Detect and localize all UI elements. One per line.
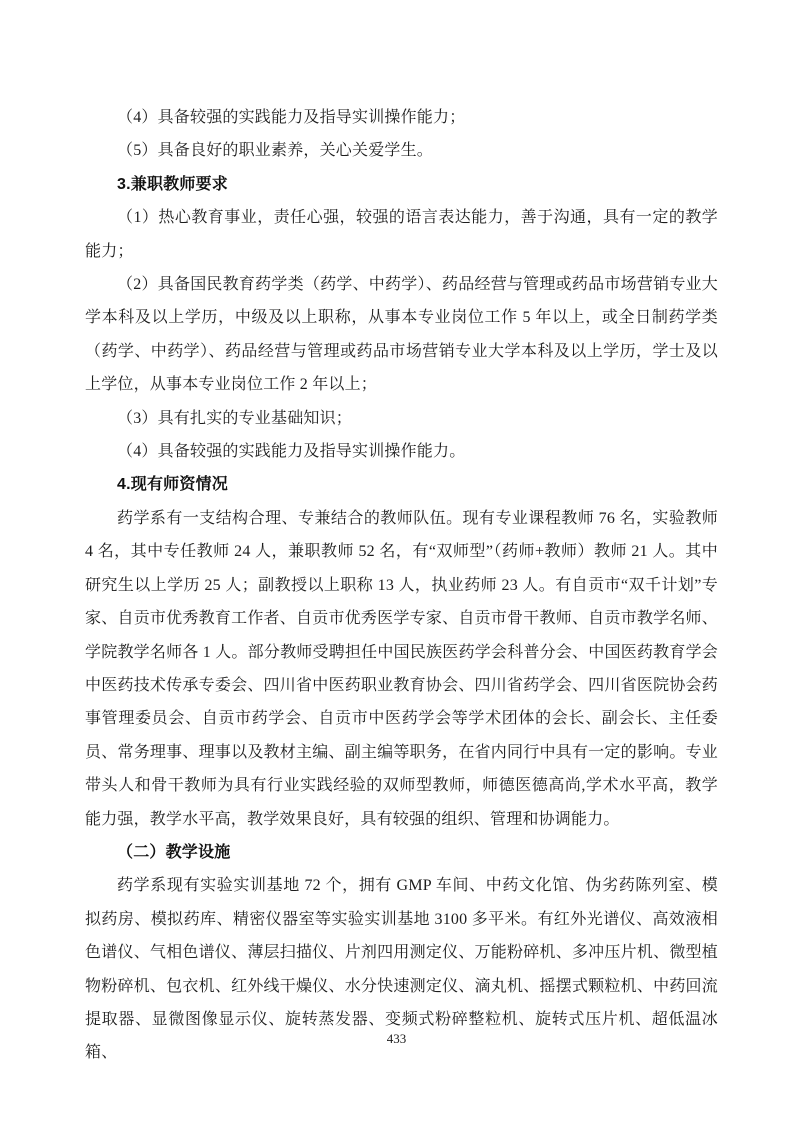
paragraph-item-5: （5）具备良好的职业素养，关心关爱学生。 bbox=[85, 134, 718, 167]
page-number: 433 bbox=[387, 1031, 407, 1046]
paragraph-item-3: （3）具有扎实的专业基础知识； bbox=[85, 402, 718, 435]
paragraph-item-4: （4）具备较强的实践能力及指导实训操作能力； bbox=[85, 101, 718, 134]
page-footer: 433 bbox=[0, 1030, 793, 1048]
document-body: （4）具备较强的实践能力及指导实训操作能力； （5）具备良好的职业素养，关心关爱… bbox=[85, 101, 718, 1070]
paragraph-faculty-overview: 药学系有一支结构合理、专兼结合的教师队伍。现有专业课程教师 76 名，实验教师 … bbox=[85, 502, 718, 836]
document-page: （4）具备较强的实践能力及指导实训操作能力； （5）具备良好的职业素养，关心关爱… bbox=[0, 0, 793, 1122]
heading-current-faculty: 4.现有师资情况 bbox=[85, 468, 718, 501]
paragraph-item-1: （1）热心教育事业，责任心强，较强的语言表达能力，善于沟通，具有一定的教学能力； bbox=[85, 201, 718, 268]
paragraph-item-2: （2）具备国民教育药学类（药学、中药学）、药品经营与管理或药品市场营销专业大学本… bbox=[85, 268, 718, 402]
heading-part-time-teacher-requirements: 3.兼职教师要求 bbox=[85, 168, 718, 201]
paragraph-item-4-period: （4）具备较强的实践能力及指导实训操作能力。 bbox=[85, 435, 718, 468]
heading-teaching-facilities: （二）教学设施 bbox=[85, 836, 718, 869]
